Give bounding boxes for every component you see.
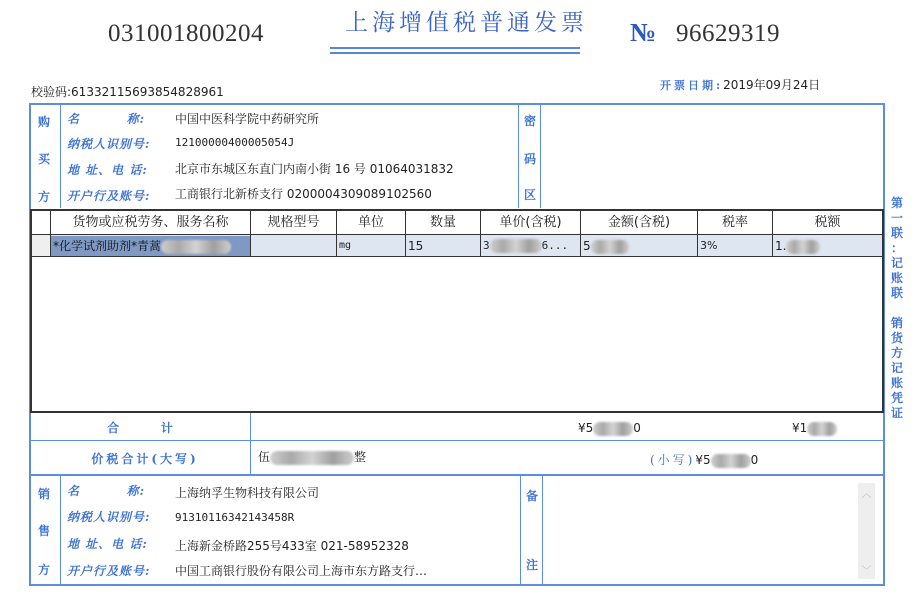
issue-date-label: 开票日期: bbox=[660, 79, 723, 92]
remarks-scrollbar[interactable]: ︿ ﹀ bbox=[858, 483, 875, 579]
cell-tax-rate[interactable]: 3% bbox=[698, 236, 772, 256]
col-header-amount[interactable]: 金额(含税) bbox=[581, 212, 697, 234]
seller-tax-id: 91310116342143458R bbox=[175, 511, 294, 524]
redacted bbox=[593, 422, 633, 436]
scroll-up-icon[interactable]: ︿ bbox=[858, 485, 875, 500]
table-border bbox=[30, 256, 884, 257]
buyer-tax-id: 12100000400005054J bbox=[175, 136, 294, 149]
copy-note-char: ： bbox=[890, 241, 904, 256]
total-amount: ¥50 bbox=[578, 421, 641, 436]
buyer-bank: 工商银行北新桥支行 0200004309089102560 bbox=[175, 185, 432, 202]
redacted bbox=[786, 240, 820, 254]
seller-address-label: 地 址、电 话: bbox=[67, 535, 148, 552]
frame-bottom bbox=[29, 584, 885, 586]
buyer-address-label: 地 址、电 话: bbox=[67, 161, 148, 178]
title-underline bbox=[330, 47, 580, 49]
check-code-label: 校验码: bbox=[31, 85, 71, 99]
remarks-textarea[interactable] bbox=[545, 478, 855, 582]
col-header-quantity[interactable]: 数量 bbox=[406, 212, 480, 234]
row-header-cell bbox=[32, 235, 50, 256]
copy-note-char: 方 bbox=[890, 346, 904, 361]
buyer-name: 中国中医科学院中药研究所 bbox=[175, 110, 319, 127]
lowercase-suffix: 0 bbox=[751, 453, 759, 467]
title-underline bbox=[330, 52, 580, 54]
check-code: 校验码:61332115693854828961 bbox=[31, 83, 224, 100]
remarks-label-1: 备 bbox=[526, 487, 538, 504]
table-border bbox=[30, 411, 884, 413]
seller-label-3: 方 bbox=[38, 561, 50, 578]
unit-price-prefix: 3 bbox=[483, 239, 490, 252]
table-border bbox=[882, 209, 884, 412]
redacted bbox=[161, 240, 231, 254]
seller-label-1: 销 bbox=[38, 485, 50, 502]
total-amount-suffix: 0 bbox=[633, 421, 641, 435]
divider bbox=[542, 475, 543, 585]
uppercase-prefix: 伍 bbox=[258, 450, 270, 464]
divider bbox=[520, 475, 521, 585]
item-name: *化学试剂助剂*青蒿 bbox=[53, 239, 161, 253]
remarks-label-2: 注 bbox=[526, 556, 538, 573]
copy-note-char: 账 bbox=[890, 376, 904, 391]
redacted bbox=[490, 239, 542, 253]
amount-prefix: 5 bbox=[583, 239, 591, 253]
buyer-label-1: 购 bbox=[38, 113, 50, 130]
copy-note-char: 记 bbox=[890, 256, 904, 271]
divider bbox=[540, 103, 541, 208]
divider bbox=[29, 474, 885, 476]
seller-bank-label: 开户行及账号: bbox=[67, 562, 150, 579]
divider bbox=[60, 103, 61, 208]
cell-unit-price[interactable]: 36... bbox=[481, 236, 580, 256]
cell-spec[interactable] bbox=[251, 236, 336, 256]
col-header-tax-rate[interactable]: 税率 bbox=[698, 212, 772, 234]
copy-note-char: 联 bbox=[890, 226, 904, 241]
divider bbox=[518, 103, 519, 208]
buyer-address: 北京市东城区东直门内南小街 16 号 01064031832 bbox=[175, 160, 454, 177]
cipher-label-1: 密 bbox=[524, 112, 536, 129]
cell-amount[interactable]: 5 bbox=[581, 236, 697, 256]
copy-note-char: 证 bbox=[890, 406, 904, 421]
cell-tax[interactable]: 1. bbox=[773, 236, 882, 256]
copy-note-char: 记 bbox=[890, 361, 904, 376]
grand-total-uppercase: 伍整 bbox=[258, 448, 366, 465]
cell-name[interactable]: *化学试剂助剂*青蒿 bbox=[51, 236, 250, 256]
seller-address: 上海新金桥路255号433室 021-58952328 bbox=[175, 537, 409, 554]
issue-date-value: 2019年09月24日 bbox=[723, 78, 820, 92]
divider bbox=[250, 413, 251, 475]
copy-note-char: 联 bbox=[890, 286, 904, 301]
seller-label-2: 售 bbox=[38, 522, 50, 539]
check-code-value: 61332115693854828961 bbox=[71, 85, 224, 99]
redacted bbox=[711, 454, 751, 468]
copy-note-char: 一 bbox=[890, 211, 904, 226]
divider bbox=[29, 440, 885, 441]
total-tax-prefix: ¥1 bbox=[792, 421, 807, 435]
cell-unit[interactable]: mg bbox=[337, 236, 405, 256]
copy-note-char bbox=[890, 301, 904, 316]
cipher-label-3: 区 bbox=[524, 186, 536, 203]
seller-tax-id-label: 纳税人识别号: bbox=[67, 508, 150, 525]
table-border bbox=[30, 209, 884, 211]
invoice-number: 96629319 bbox=[676, 20, 780, 48]
uppercase-suffix: 整 bbox=[354, 450, 366, 464]
seller-name: 上海纳孚生物科技有限公司 bbox=[175, 484, 319, 501]
invoice-title: 上海增值税普通发票 bbox=[345, 4, 588, 37]
redacted bbox=[270, 451, 354, 465]
buyer-tax-id-label: 纳税人识别号: bbox=[67, 135, 150, 152]
seller-bank: 中国工商银行股份有限公司上海市东方路支行… bbox=[175, 562, 427, 579]
buyer-name-label: 名 称: bbox=[67, 110, 145, 127]
total-amount-prefix: ¥5 bbox=[578, 421, 593, 435]
col-header-spec[interactable]: 规格型号 bbox=[251, 212, 336, 234]
lowercase-prefix: ¥5 bbox=[695, 453, 710, 467]
invoice-code: 031001800204 bbox=[108, 20, 264, 48]
buyer-label-2: 买 bbox=[38, 150, 50, 167]
divider bbox=[60, 475, 61, 585]
copy-note-char: 销 bbox=[890, 316, 904, 331]
buyer-label-3: 方 bbox=[38, 188, 50, 205]
unit-price-suffix: 6... bbox=[542, 239, 569, 252]
tax-prefix: 1. bbox=[775, 239, 786, 253]
copy-note-char: 货 bbox=[890, 331, 904, 346]
copy-note-text: 第一联：记账联 销货方记账凭证 bbox=[890, 196, 904, 421]
total-label: 合 计 bbox=[60, 419, 220, 436]
copy-note-char: 凭 bbox=[890, 391, 904, 406]
col-header-tax[interactable]: 税额 bbox=[773, 212, 882, 234]
col-header-unit-price[interactable]: 单价(含税) bbox=[481, 212, 580, 234]
grand-total-label: 价税合计(大写) bbox=[70, 450, 220, 467]
seller-name-label: 名 称: bbox=[67, 482, 145, 499]
cell-quantity[interactable]: 15 bbox=[406, 236, 480, 256]
cipher-label-2: 码 bbox=[524, 150, 536, 167]
number-symbol: № bbox=[630, 18, 656, 48]
issue-date: 开票日期:2019年09月24日 bbox=[660, 76, 820, 93]
frame-top bbox=[29, 103, 885, 105]
lowercase-label: (小写) bbox=[650, 453, 695, 467]
copy-note-char: 账 bbox=[890, 271, 904, 286]
scroll-down-icon[interactable]: ﹀ bbox=[858, 562, 875, 577]
copy-note-char: 第 bbox=[890, 196, 904, 211]
total-tax: ¥1 bbox=[792, 421, 837, 436]
col-header-name[interactable]: 货物或应税劳务、服务名称 bbox=[51, 212, 250, 234]
grand-total-lowercase: (小写)¥50 bbox=[650, 451, 758, 468]
redacted bbox=[807, 422, 837, 436]
redacted bbox=[591, 240, 629, 254]
buyer-bank-label: 开户行及账号: bbox=[67, 187, 150, 204]
col-header-unit[interactable]: 单位 bbox=[337, 212, 405, 234]
